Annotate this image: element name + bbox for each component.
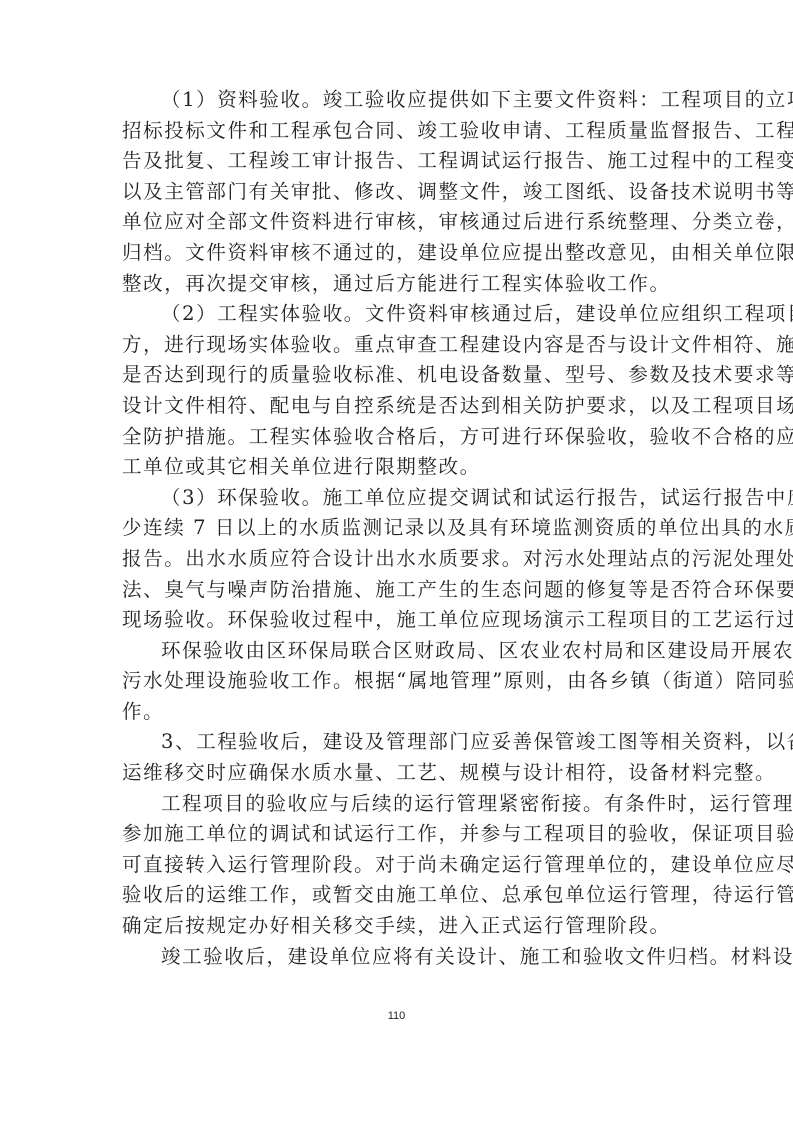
paragraph-physical-inspection: （2）工程实体验收。文件资料审核通过后，建设单位应组织工程项目各参与 方，进行现… (122, 299, 673, 483)
text-line: 可直接转入运行管理阶段。对于尚未确定运行管理单位的，建设单位应尽早落实 (122, 850, 673, 881)
text-line: 方，进行现场实体验收。重点审查工程建设内容是否与设计文件相符、施工质量 (122, 330, 673, 361)
text-line: 竣工验收后，建设单位应将有关设计、施工和验收文件归档。材料设备供应 (122, 942, 673, 973)
text-line: 报告。出水水质应符合设计出水水质要求。对污水处理站点的污泥处理处理置方 (122, 544, 673, 575)
text-line: 设计文件相符、配电与自控系统是否达到相关防护要求，以及工程项目场地的安 (122, 391, 673, 422)
paragraph-acceptance-authority: 环保验收由区环保局联合区财政局、区农业农村局和区建设局开展农村生活 污水处理设施… (122, 636, 673, 728)
text-line: 少连续 7 日以上的水质监测记录以及具有环境监测资质的单位出具的水质监测 (122, 513, 673, 544)
paragraph-operations-handover: 工程项目的验收应与后续的运行管理紧密衔接。有条件时，运行管理单位应 参加施工单位… (122, 789, 673, 942)
text-line: 污水处理设施验收工作。根据“属地管理”原则，由各乡镇（街道）陪同验收工 (122, 666, 673, 697)
text-line: （3）环保验收。施工单位应提交调试和试运行报告，试运行报告中应包括至 (122, 483, 673, 514)
paragraph-archiving: 竣工验收后，建设单位应将有关设计、施工和验收文件归档。材料设备供应 (122, 942, 673, 973)
text-line: 整改，再次提交审核，通过后方能进行工程实体验收工作。 (122, 269, 673, 300)
text-line: 工程项目的验收应与后续的运行管理紧密衔接。有条件时，运行管理单位应 (122, 789, 673, 820)
text-line: 单位应对全部文件资料进行审核，审核通过后进行系统整理、分类立卷，并及时 (122, 207, 673, 238)
paragraph-post-acceptance: 3、工程验收后，建设及管理部门应妥善保管竣工图等相关资料，以备查验。 运维移交时… (122, 727, 673, 788)
text-line: 参加施工单位的调试和试运行工作，并参与工程项目的验收，保证项目验收后即 (122, 819, 673, 850)
paragraph-environmental-inspection: （3）环保验收。施工单位应提交调试和试运行报告，试运行报告中应包括至 少连续 7… (122, 483, 673, 636)
text-line: （1）资料验收。竣工验收应提供如下主要文件资料：工程项目的立项文件、 (122, 85, 673, 116)
text-line: 作。 (122, 697, 673, 728)
text-line: 现场验收。环保验收过程中，施工单位应现场演示工程项目的工艺运行过程。 (122, 605, 673, 636)
paragraph-document-review: （1）资料验收。竣工验收应提供如下主要文件资料：工程项目的立项文件、 招标投标文… (122, 85, 673, 299)
text-line: 工单位或其它相关单位进行限期整改。 (122, 452, 673, 483)
document-body: （1）资料验收。竣工验收应提供如下主要文件资料：工程项目的立项文件、 招标投标文… (122, 85, 673, 972)
text-line: 环保验收由区环保局联合区财政局、区农业农村局和区建设局开展农村生活 (122, 636, 673, 667)
text-line: 确定后按规定办好相关移交手续，进入正式运行管理阶段。 (122, 911, 673, 942)
text-line: （2）工程实体验收。文件资料审核通过后，建设单位应组织工程项目各参与 (122, 299, 673, 330)
text-line: 3、工程验收后，建设及管理部门应妥善保管竣工图等相关资料，以备查验。 (122, 727, 673, 758)
text-line: 归档。文件资料审核不通过的，建设单位应提出整改意见，由相关单位限时完成 (122, 238, 673, 269)
text-line: 全防护措施。工程实体验收合格后，方可进行环保验收，验收不合格的应责成施 (122, 422, 673, 453)
text-line: 以及主管部门有关审批、修改、调整文件，竣工图纸、设备技术说明书等。建设 (122, 177, 673, 208)
text-line: 法、臭气与噪声防治措施、施工产生的生态问题的修复等是否符合环保要求进行 (122, 575, 673, 606)
page-number: 110 (0, 1010, 793, 1022)
text-line: 是否达到现行的质量验收标准、机电设备数量、型号、参数及技术要求等是否与 (122, 360, 673, 391)
text-line: 告及批复、工程竣工审计报告、工程调试运行报告、施工过程中的工程变更文件 (122, 146, 673, 177)
text-line: 验收后的运维工作，或暂交由施工单位、总承包单位运行管理，待运行管理单位 (122, 880, 673, 911)
text-line: 运维移交时应确保水质水量、工艺、规模与设计相符，设备材料完整。 (122, 758, 673, 789)
text-line: 招标投标文件和工程承包合同、竣工验收申请、工程质量监督报告、工程决算报 (122, 116, 673, 147)
